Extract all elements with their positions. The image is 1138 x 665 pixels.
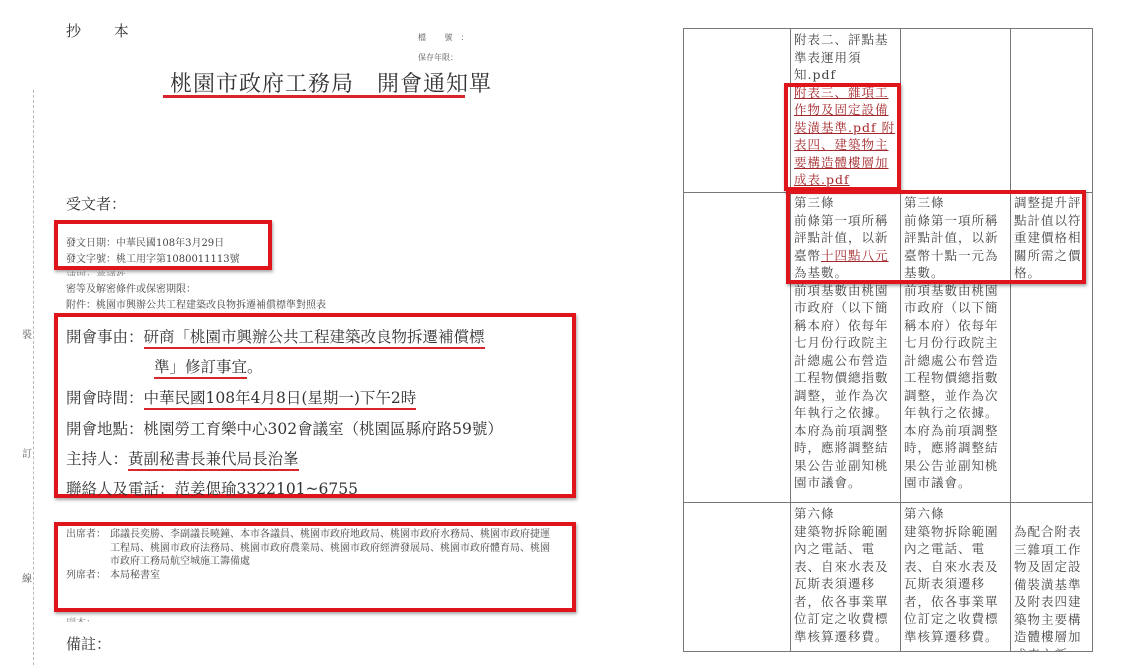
column-divider — [1010, 28, 1011, 652]
binding-char: 訂 — [22, 445, 32, 460]
article-body: 建築物拆除範圍內之電話、電表、自來水表及瓦斯表須遷移者，依各事業單位訂定之收費標… — [794, 523, 898, 646]
attachment-two-text: 附表二、評點基準表運用須知.pdf — [794, 31, 898, 84]
confidentiality-label: 密等及解密條件或保密期限： — [66, 280, 196, 295]
attendees-label: 出席者： — [66, 528, 110, 569]
subject-line1: 研商「桃園市興辦公共工程建築改良物拆遷補償標 — [144, 328, 485, 349]
issue-number: 發文字號：桃工用字第1080011113號 — [66, 250, 240, 265]
subject-line2: 準」修訂事宜 — [154, 358, 247, 379]
article-heading: 第六條 — [794, 505, 898, 523]
binding-char: 線 — [22, 570, 32, 585]
binding-line — [33, 90, 34, 665]
article-body: 建築物拆除範圍內之電話、電表、自來水表及瓦斯表須遷移者，依各事業單位訂定之收費標… — [904, 523, 1008, 646]
host-value: 黃副秘書長兼代局長治峯 — [128, 450, 299, 471]
attendees-value: 邱議長奕勝、李副議長曉鐘、本市各議員、桃園市政府地政局、桃園市政府水務局、桃園市… — [110, 528, 556, 569]
observers-value: 本局秘書室 — [110, 569, 556, 583]
time-value: 中華民國108年4月8日(星期一)下午2時 — [144, 389, 417, 410]
meeting-subject-cont: 準」修訂事宜。 — [154, 355, 263, 377]
remarks-label: 備註： — [66, 633, 111, 654]
subject-label: 開會事由： — [66, 328, 144, 346]
subject-end: 。 — [247, 358, 263, 376]
attendees-block: 出席者： 邱議長奕勝、李副議長曉鐘、本市各議員、桃園市政府地政局、桃園市政府水務… — [66, 528, 556, 582]
table-cell-explanation: 為配合附表三雜項工作物及固定設備裝潢基準及附表四建築物主要構造體樓層加成表之新 — [1014, 523, 1090, 651]
comparison-table-page: 附表二、評點基準表運用須知.pdf 附表三、雜項工作物及固定設備裝潢基準.pdf… — [600, 0, 1138, 665]
meeting-place: 開會地點：桃園勞工育樂中心302會議室（桃園區縣府路59號） — [66, 417, 503, 439]
observers-row: 列席者： 本局秘書室 — [66, 569, 556, 583]
document-title: 桃園市政府工務局 開會通知單 — [170, 67, 492, 98]
meeting-host: 主持人：黃副秘書長兼代局長治峯 — [66, 447, 299, 469]
binding-char: 裝 — [22, 326, 32, 341]
meeting-subject: 開會事由：研商「桃園市興辦公共工程建築改良物拆遷補償標 — [66, 325, 485, 347]
table-cell-current: 第六條 建築物拆除範圍內之電話、電表、自來水表及瓦斯表須遷移者，依各事業單位訂定… — [904, 505, 1008, 645]
attachment-line: 附件：桃園市興辦公共工程建築改良物拆遷補償標準對照表 — [66, 296, 326, 311]
observers-label: 列席者： — [66, 569, 110, 583]
host-label: 主持人： — [66, 450, 128, 468]
meeting-notice-page: 裝 訂 線 抄 本 檔 號： 保存年限： 桃園市政府工務局 開會通知單 受文者：… — [0, 0, 580, 665]
place-value: 桃園勞工育樂中心302會議室（桃園區縣府路59號） — [144, 420, 503, 438]
time-label: 開會時間： — [66, 389, 144, 407]
article-body-rest: 前項基數由桃園市政府（以下簡稱本府）依每年七月份行政院主計總處公布營造工程物價總… — [904, 282, 1008, 492]
highlight-box-article-three — [786, 190, 1086, 284]
table-cell-original: 第六條 建築物拆除範圍內之電話、電表、自來水表及瓦斯表須遷移者，依各事業單位訂定… — [794, 505, 898, 645]
meeting-contact: 聯絡人及電話：范姜偲瑜3322101~6755 — [66, 477, 358, 499]
contact-value: 范姜偲瑜3322101~6755 — [175, 480, 358, 498]
row-divider — [683, 502, 1093, 503]
speed-label: 速別：普通件 — [66, 268, 126, 276]
contact-label: 聯絡人及電話： — [66, 480, 175, 498]
cc-label: 副本： — [66, 614, 96, 622]
meeting-time: 開會時間：中華民國108年4月8日(星期一)下午2時 — [66, 386, 416, 408]
file-number-label: 檔 號： — [418, 32, 477, 43]
article-heading: 第六條 — [904, 505, 1008, 523]
copy-label: 抄 本 — [66, 20, 143, 41]
highlight-box-attachments — [784, 83, 901, 191]
place-label: 開會地點： — [66, 420, 144, 438]
retention-label: 保存年限： — [418, 52, 458, 63]
issue-date: 發文日期：中華民國108年3月29日 — [66, 234, 224, 249]
article-body-rest: 前項基數由桃園市政府（以下簡稱本府）依每年七月份行政院主計總處公布營造工程物價總… — [794, 282, 898, 492]
attendees-row: 出席者： 邱議長奕勝、李副議長曉鐘、本市各議員、桃園市政府地政局、桃園市政府水務… — [66, 528, 556, 569]
title-underline — [163, 95, 465, 98]
recipient-label: 受文者： — [66, 193, 126, 214]
